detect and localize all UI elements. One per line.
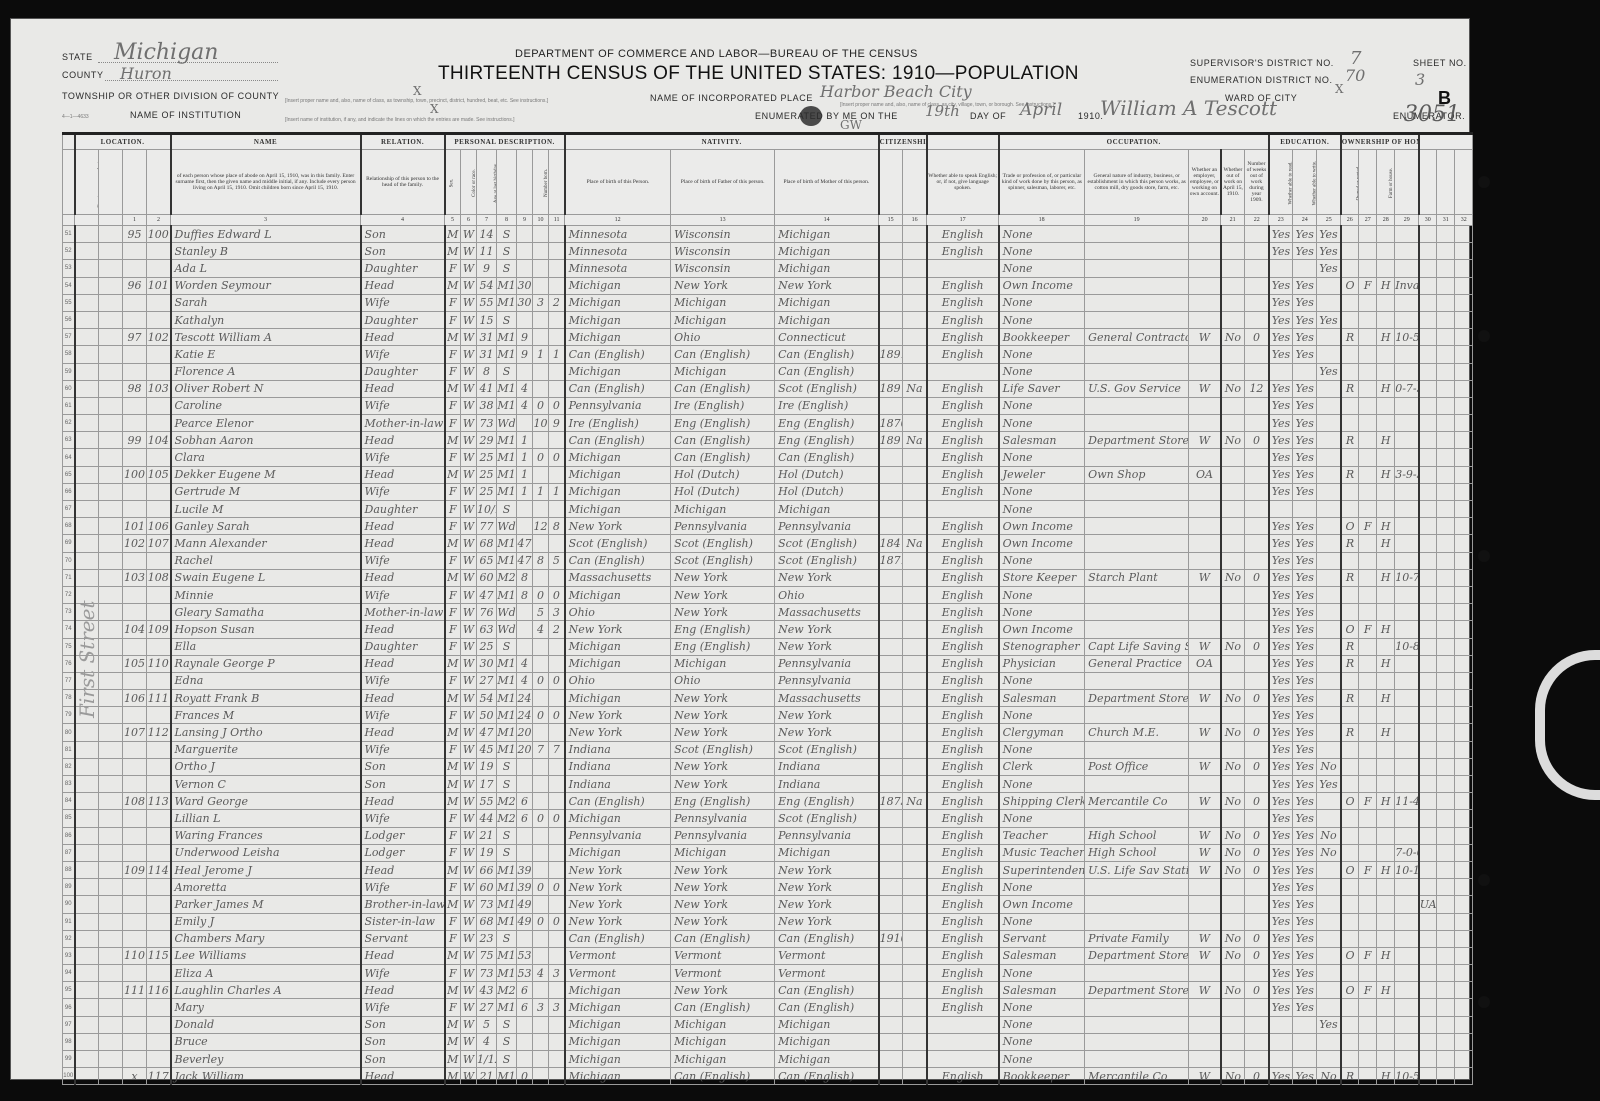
table-row: 74104109Hopson SusanHeadFW63Wd42New York… — [63, 621, 1473, 638]
cell-write: Yes — [1293, 655, 1317, 672]
cell-nat — [903, 741, 927, 758]
cell-lang: English — [927, 896, 999, 913]
cell-read: Yes — [1269, 776, 1293, 793]
cell-oow — [1221, 879, 1245, 896]
table-row: 82Ortho JSonMW19SIndianaNew YorkIndianaE… — [63, 758, 1473, 775]
table-row: 72MinnieWifeFW47M1800MichiganNew YorkOhi… — [63, 586, 1473, 603]
cell-living — [549, 827, 565, 844]
cell-born — [533, 655, 549, 672]
header-immigration: Year of immigration to the United States… — [879, 150, 903, 215]
cell-read: Yes — [1269, 827, 1293, 844]
cell-bp: Minnesota — [565, 226, 671, 243]
cell-born — [533, 535, 549, 552]
cell-sex: F — [445, 294, 461, 311]
cell-name: Beverley — [171, 1051, 361, 1068]
table-row: 65100105Dekker Eugene MHeadMW25M11Michig… — [63, 466, 1473, 483]
line-number: 70 — [63, 552, 75, 569]
cell-read: Yes — [1269, 483, 1293, 500]
cell-lang: English — [927, 311, 999, 328]
cell-trade: Superintendent — [999, 861, 1085, 878]
cell-bp: Michigan — [565, 277, 671, 294]
cell-living: 7 — [549, 741, 565, 758]
cell-street — [75, 501, 99, 518]
form-code: 4—1—4633 — [62, 114, 89, 120]
cell-imm — [879, 501, 903, 518]
cell-street — [75, 965, 99, 982]
cell-read: Yes — [1269, 724, 1293, 741]
cell-imm — [879, 518, 903, 535]
cell-race: W — [461, 552, 477, 569]
cell-free — [1359, 810, 1377, 827]
cell-read: Yes — [1269, 930, 1293, 947]
cell-living — [549, 1051, 565, 1068]
cell-lang: English — [927, 758, 999, 775]
cell-bp: Can (English) — [565, 793, 671, 810]
cell-living — [549, 638, 565, 655]
header-children-born: Number born. — [533, 150, 549, 215]
line-number: 53 — [63, 260, 75, 277]
cell-nat — [903, 552, 927, 569]
column-number: 29 — [1395, 215, 1419, 226]
line-number: 67 — [63, 501, 75, 518]
cell-free — [1359, 311, 1377, 328]
cell-yrs — [517, 638, 533, 655]
column-number: 31 — [1437, 215, 1455, 226]
cell-own: R — [1341, 329, 1359, 346]
cell-bm: New York — [775, 861, 879, 878]
cell-own — [1341, 311, 1359, 328]
line-number: 95 — [63, 982, 75, 999]
cell-age: 30 — [477, 655, 497, 672]
cell-bf: New York — [671, 896, 775, 913]
header-naturalized: Whether naturalized or alien. — [903, 150, 927, 215]
cell-house — [99, 535, 123, 552]
cell-living — [549, 1033, 565, 1050]
cell-name: Tescott William A — [171, 329, 361, 346]
cell-nat — [903, 879, 927, 896]
cell-school — [1317, 535, 1341, 552]
cell-sex: F — [445, 552, 461, 569]
cell-sched — [1395, 1016, 1419, 1033]
cell-blind — [1437, 690, 1455, 707]
cell-bf: Can (English) — [671, 380, 775, 397]
cell-age: 60 — [477, 569, 497, 586]
cell-house — [99, 449, 123, 466]
cell-bp: Can (English) — [565, 552, 671, 569]
cell-trade: None — [999, 501, 1085, 518]
cell-age: 8 — [477, 363, 497, 380]
cell-vet — [1419, 1033, 1437, 1050]
cell-family — [147, 397, 171, 414]
cell-own — [1341, 294, 1359, 311]
cell-write: Yes — [1293, 483, 1317, 500]
stamp-number: 3051 — [1404, 102, 1460, 127]
cell-marital: Wd — [497, 621, 517, 638]
cell-emp: W — [1189, 861, 1221, 878]
cell-bf: Michigan — [671, 655, 775, 672]
cell-age: 73 — [477, 415, 497, 432]
cell-yrs — [517, 226, 533, 243]
cell-dwelling — [123, 397, 147, 414]
header-birth-father: Place of birth of Father of this person. — [671, 150, 775, 215]
cell-lang: English — [927, 449, 999, 466]
cell-race: W — [461, 947, 477, 964]
cell-write: Yes — [1293, 535, 1317, 552]
cell-trade: Life Saver — [999, 380, 1085, 397]
cell-bf: New York — [671, 569, 775, 586]
cell-farm — [1377, 913, 1395, 930]
cell-own: O — [1341, 982, 1359, 999]
cell-blind — [1437, 758, 1455, 775]
cell-living — [549, 311, 565, 328]
cell-bp: Michigan — [565, 638, 671, 655]
cell-street — [75, 483, 99, 500]
cell-blind — [1437, 741, 1455, 758]
cell-farm — [1377, 965, 1395, 982]
cell-name: Lillian L — [171, 810, 361, 827]
cell-dwelling — [123, 844, 147, 861]
header-street: Street, avenue, road, etc. — [75, 150, 99, 215]
cell-house — [99, 965, 123, 982]
cell-write: Yes — [1293, 294, 1317, 311]
cell-living — [549, 535, 565, 552]
cell-street — [75, 346, 99, 363]
cell-free — [1359, 346, 1377, 363]
cell-sched — [1395, 226, 1419, 243]
column-number — [63, 215, 75, 226]
cell-vet — [1419, 1051, 1437, 1068]
cell-sex: M — [445, 861, 461, 878]
cell-read: Yes — [1269, 466, 1293, 483]
cell-dwelling: 102 — [123, 535, 147, 552]
cell-farm — [1377, 999, 1395, 1016]
cell-marital: M1 — [497, 741, 517, 758]
cell-blind — [1437, 999, 1455, 1016]
cell-dwelling: 109 — [123, 861, 147, 878]
cell-school — [1317, 449, 1341, 466]
cell-bf: Pennsylvania — [671, 827, 775, 844]
cell-ind: Church M.E. — [1085, 724, 1189, 741]
cell-school: Yes — [1317, 243, 1341, 260]
cell-bp: Michigan — [565, 329, 671, 346]
cell-sched: 7-0-6 — [1395, 844, 1419, 861]
cell-nat — [903, 947, 927, 964]
cell-marital: S — [497, 260, 517, 277]
cell-bf: New York — [671, 913, 775, 930]
cell-race: W — [461, 724, 477, 741]
cell-sched — [1395, 501, 1419, 518]
cell-emp — [1189, 741, 1221, 758]
column-number: 19 — [1085, 215, 1189, 226]
cell-imm — [879, 1033, 903, 1050]
cell-street — [75, 397, 99, 414]
cell-sex: F — [445, 913, 461, 930]
header-owned-rented: Owned or rented. — [1341, 150, 1359, 215]
cell-free — [1359, 1068, 1377, 1085]
cell-imm — [879, 621, 903, 638]
cell-school — [1317, 655, 1341, 672]
cell-sex: M — [445, 655, 461, 672]
cell-read: Yes — [1269, 638, 1293, 655]
cell-school — [1317, 1051, 1341, 1068]
cell-house — [99, 329, 123, 346]
cell-farm — [1377, 844, 1395, 861]
cell-vet — [1419, 518, 1437, 535]
cell-bm: Michigan — [775, 1016, 879, 1033]
cell-deaf — [1455, 672, 1473, 689]
cell-trade: None — [999, 311, 1085, 328]
cell-deaf — [1455, 552, 1473, 569]
cell-imm: 1871 — [879, 552, 903, 569]
cell-read — [1269, 363, 1293, 380]
cell-sex: F — [445, 397, 461, 414]
cell-oow — [1221, 896, 1245, 913]
column-number: 13 — [671, 215, 775, 226]
cell-farm: H — [1377, 329, 1395, 346]
institution-value: X — [430, 102, 439, 116]
cell-own — [1341, 260, 1359, 277]
cell-wks: 0 — [1245, 638, 1269, 655]
cell-yrs: 30 — [517, 277, 533, 294]
cell-wks — [1245, 621, 1269, 638]
cell-dwelling: 99 — [123, 432, 147, 449]
cell-nat — [903, 277, 927, 294]
cell-house — [99, 311, 123, 328]
header-free-mortgaged: Owned free or mortgaged. — [1359, 150, 1377, 215]
cell-farm: H — [1377, 793, 1395, 810]
cell-blind — [1437, 329, 1455, 346]
cell-blind — [1437, 982, 1455, 999]
cell-trade: Own Income — [999, 518, 1085, 535]
cell-dwelling: 104 — [123, 621, 147, 638]
cell-bm: Vermont — [775, 965, 879, 982]
cell-own — [1341, 672, 1359, 689]
cell-age: 55 — [477, 793, 497, 810]
cell-relation: Lodger — [361, 827, 445, 844]
cell-emp — [1189, 260, 1221, 277]
header-name: of each person whose place of abode on A… — [171, 150, 361, 215]
cell-marital: M1 — [497, 277, 517, 294]
line-number: 82 — [63, 758, 75, 775]
cell-bf: Michigan — [671, 1033, 775, 1050]
cell-born — [533, 1051, 549, 1068]
table-row: 88109114Heal Jerome JHeadMW66M139New Yor… — [63, 861, 1473, 878]
cell-born: 3 — [533, 999, 549, 1016]
cell-living: 0 — [549, 707, 565, 724]
cell-marital: M1 — [497, 690, 517, 707]
cell-bm: Michigan — [775, 1051, 879, 1068]
cell-age: 27 — [477, 999, 497, 1016]
cell-imm — [879, 311, 903, 328]
table-row: 84108113Ward GeorgeHeadMW55M26Can (Engli… — [63, 793, 1473, 810]
cell-nat — [903, 621, 927, 638]
cell-school — [1317, 810, 1341, 827]
cell-farm — [1377, 707, 1395, 724]
incorporated-place-label: Name of incorporated place — [650, 93, 813, 103]
cell-own: O — [1341, 621, 1359, 638]
cell-nat — [903, 363, 927, 380]
cell-name: Gleary Samatha — [171, 604, 361, 621]
cell-farm — [1377, 483, 1395, 500]
cell-wks: 0 — [1245, 947, 1269, 964]
cell-imm — [879, 329, 903, 346]
cell-bp: New York — [565, 518, 671, 535]
cell-relation: Head — [361, 655, 445, 672]
table-row: 85Lillian LWifeFW44M2600MichiganPennsylv… — [63, 810, 1473, 827]
cell-relation: Wife — [361, 672, 445, 689]
cell-school — [1317, 896, 1341, 913]
cell-imm — [879, 896, 903, 913]
cell-sex: M — [445, 1016, 461, 1033]
table-row: 86Waring FrancesLodgerFW21SPennsylvaniaP… — [63, 827, 1473, 844]
cell-sched — [1395, 672, 1419, 689]
cell-street — [75, 844, 99, 861]
county-label: County — [62, 70, 104, 80]
cell-blind — [1437, 449, 1455, 466]
cell-school — [1317, 277, 1341, 294]
cell-house — [99, 569, 123, 586]
cell-sex: F — [445, 621, 461, 638]
cell-sex: M — [445, 776, 461, 793]
cell-living — [549, 758, 565, 775]
cell-emp: W — [1189, 758, 1221, 775]
header-language: Whether able to speak English; or, if no… — [927, 150, 999, 215]
cell-vet — [1419, 690, 1437, 707]
cell-nat — [903, 810, 927, 827]
cell-read: Yes — [1269, 380, 1293, 397]
cell-race: W — [461, 896, 477, 913]
cell-dwelling: x — [123, 1068, 147, 1085]
cell-read: Yes — [1269, 861, 1293, 878]
cell-oow — [1221, 655, 1245, 672]
cell-sex: M — [445, 1068, 461, 1085]
cell-school — [1317, 621, 1341, 638]
cell-bf: Michigan — [671, 311, 775, 328]
cell-born — [533, 1016, 549, 1033]
cell-vet — [1419, 226, 1437, 243]
cell-free: F — [1359, 947, 1377, 964]
cell-sched: Invalid — [1395, 277, 1419, 294]
table-row: 5797102Tescott William AHeadMW31M19Michi… — [63, 329, 1473, 346]
cell-school — [1317, 947, 1341, 964]
cell-family — [147, 758, 171, 775]
cell-marital: M1 — [497, 861, 517, 878]
cell-name: Ada L — [171, 260, 361, 277]
cell-bf: Can (English) — [671, 999, 775, 1016]
cell-blind — [1437, 518, 1455, 535]
cell-farm — [1377, 827, 1395, 844]
cell-ind: General Contractor — [1085, 329, 1189, 346]
cell-lang — [927, 501, 999, 518]
cell-race: W — [461, 690, 477, 707]
cell-marital: M1 — [497, 896, 517, 913]
cell-living — [549, 861, 565, 878]
cell-imm — [879, 1051, 903, 1068]
cell-imm — [879, 758, 903, 775]
cell-bf: Wisconsin — [671, 226, 775, 243]
cell-born: 0 — [533, 810, 549, 827]
cell-farm — [1377, 776, 1395, 793]
cell-bm: Michigan — [775, 1033, 879, 1050]
cell-bf: Michigan — [671, 1051, 775, 1068]
cell-trade: None — [999, 810, 1085, 827]
cell-name: Mary — [171, 999, 361, 1016]
cell-own — [1341, 415, 1359, 432]
cell-vet — [1419, 724, 1437, 741]
header-veteran: Whether a survivor of the Union or Confe… — [1419, 150, 1437, 215]
cell-name: Vernon C — [171, 776, 361, 793]
cell-blind — [1437, 243, 1455, 260]
cell-trade: Salesman — [999, 432, 1085, 449]
cell-living: 3 — [549, 999, 565, 1016]
cell-born — [533, 380, 549, 397]
cell-yrs: 49 — [517, 913, 533, 930]
column-number: 5 — [445, 215, 461, 226]
cell-sched — [1395, 311, 1419, 328]
cell-bf: New York — [671, 861, 775, 878]
cell-family — [147, 879, 171, 896]
cell-lang — [927, 260, 999, 277]
cell-blind — [1437, 1033, 1455, 1050]
line-number: 78 — [63, 690, 75, 707]
cell-lang: English — [927, 965, 999, 982]
cell-trade: None — [999, 1016, 1085, 1033]
cell-oow — [1221, 483, 1245, 500]
line-number: 94 — [63, 965, 75, 982]
header-trade: Trade or profession of, or particular ki… — [999, 150, 1085, 215]
cell-bp: Michigan — [565, 311, 671, 328]
cell-farm — [1377, 311, 1395, 328]
cell-own — [1341, 604, 1359, 621]
cell-oow — [1221, 621, 1245, 638]
cell-bp: Vermont — [565, 947, 671, 964]
cell-name: Florence A — [171, 363, 361, 380]
cell-bm: Eng (English) — [775, 432, 879, 449]
cell-farm — [1377, 930, 1395, 947]
cell-oow — [1221, 707, 1245, 724]
cell-house — [99, 243, 123, 260]
cell-trade: Physician — [999, 655, 1085, 672]
cell-oow — [1221, 518, 1245, 535]
cell-wks — [1245, 397, 1269, 414]
cell-sched — [1395, 552, 1419, 569]
cell-family — [147, 741, 171, 758]
cell-sched: 10-5-7 — [1395, 329, 1419, 346]
cell-living: 0 — [549, 449, 565, 466]
cell-blind — [1437, 466, 1455, 483]
cell-bm: Can (English) — [775, 363, 879, 380]
cell-blind — [1437, 638, 1455, 655]
line-number: 100 — [63, 1068, 75, 1085]
cell-sex: F — [445, 930, 461, 947]
cell-yrs: 8 — [517, 569, 533, 586]
cell-deaf — [1455, 294, 1473, 311]
cell-bf: Ohio — [671, 329, 775, 346]
cell-living — [549, 363, 565, 380]
cell-street — [75, 896, 99, 913]
cell-nat — [903, 518, 927, 535]
cell-born — [533, 501, 549, 518]
cell-oow: No — [1221, 1068, 1245, 1085]
cell-living: 1 — [549, 346, 565, 363]
line-number: 55 — [63, 294, 75, 311]
cell-bm: Scot (English) — [775, 810, 879, 827]
cell-race: W — [461, 999, 477, 1016]
cell-emp — [1189, 226, 1221, 243]
cell-age: 21 — [477, 1068, 497, 1085]
cell-read: Yes — [1269, 329, 1293, 346]
line-number: 56 — [63, 311, 75, 328]
